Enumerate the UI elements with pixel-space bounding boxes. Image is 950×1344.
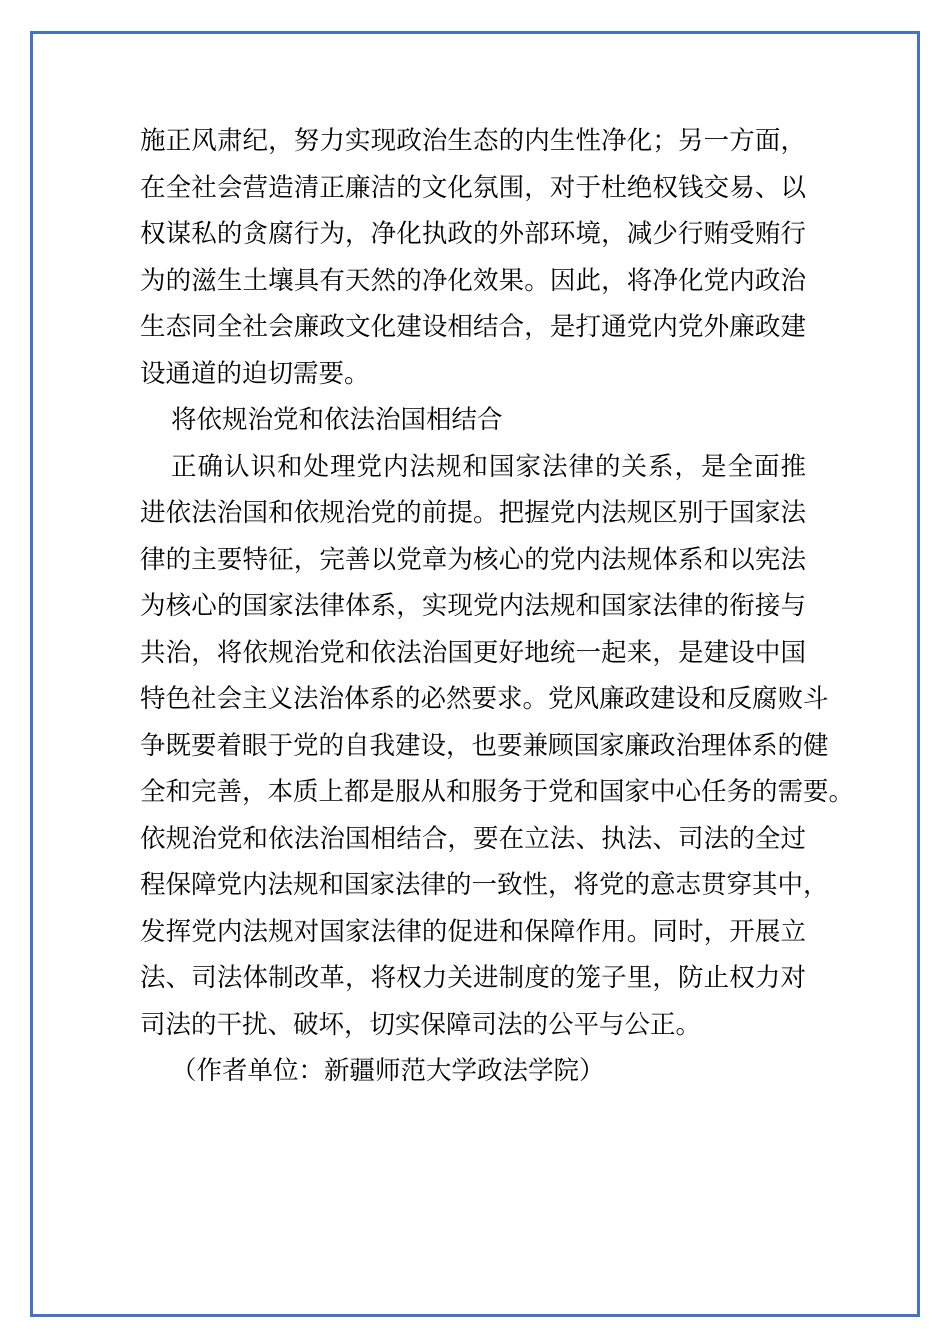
text-line: 律的主要特征，完善以党章为核心的党内法规体系和以宪法	[140, 537, 806, 584]
text-line: 生态同全社会廉政文化建设相结合，是打通党内党外廉政建	[140, 304, 806, 351]
text-line: 法、司法体制改革，将权力关进制度的笼子里，防止权力对	[140, 955, 806, 1002]
text-line: 为核心的国家法律体系，实现党内法规和国家法律的衔接与	[140, 583, 806, 630]
text-line: 施正风肃纪，努力实现政治生态的内生性净化；另一方面，	[140, 118, 806, 165]
text-line: 将依规治党和依法治国相结合	[171, 397, 806, 444]
text-line: 正确认识和处理党内法规和国家法律的关系，是全面推	[171, 444, 806, 491]
text-line: 司法的干扰、破坏，切实保障司法的公平与公正。	[140, 1002, 806, 1049]
text-line: （作者单位：新疆师范大学政法学院）	[171, 1048, 806, 1095]
text-line: 依规治党和依法治国相结合，要在立法、执法、司法的全过	[140, 816, 806, 863]
text-line: 共治，将依规治党和依法治国更好地统一起来，是建设中国	[140, 630, 806, 677]
text-line: 设通道的迫切需要。	[140, 351, 806, 398]
document-page: 施正风肃纪，努力实现政治生态的内生性净化；另一方面，在全社会营造清正廉洁的文化氛…	[0, 0, 950, 1344]
text-line: 权谋私的贪腐行为，净化执政的外部环境，减少行贿受贿行	[140, 211, 806, 258]
text-line: 特色社会主义法治体系的必然要求。党风廉政建设和反腐败斗	[140, 676, 806, 723]
text-line: 程保障党内法规和国家法律的一致性，将党的意志贯穿其中，	[140, 862, 806, 909]
text-line: 进依法治国和依规治党的前提。把握党内法规区别于国家法	[140, 490, 806, 537]
text-line: 发挥党内法规对国家法律的促进和保障作用。同时，开展立	[140, 909, 806, 956]
document-body: 施正风肃纪，努力实现政治生态的内生性净化；另一方面，在全社会营造清正廉洁的文化氛…	[140, 118, 806, 1095]
text-line: 在全社会营造清正廉洁的文化氛围，对于杜绝权钱交易、以	[140, 165, 806, 212]
text-line: 全和完善，本质上都是服从和服务于党和国家中心任务的需要。	[140, 769, 806, 816]
text-line: 争既要着眼于党的自我建设，也要兼顾国家廉政治理体系的健	[140, 723, 806, 770]
text-line: 为的滋生土壤具有天然的净化效果。因此，将净化党内政治	[140, 258, 806, 305]
